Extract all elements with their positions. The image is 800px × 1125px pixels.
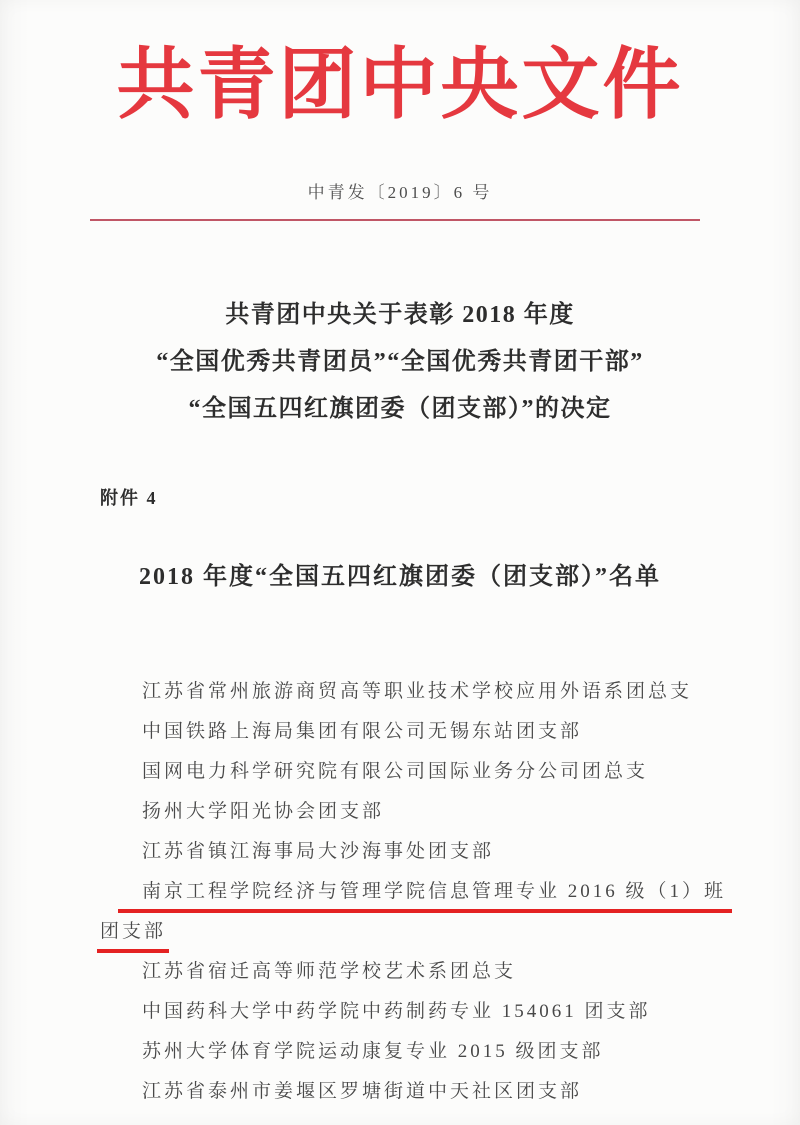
doc-title-line-2: “全国优秀共青团员”“全国优秀共青团干部” xyxy=(0,339,800,386)
list-item: 江苏省泰州市姜堰区罗塘街道中天社区团支部 xyxy=(142,1072,760,1112)
header-divider-rule xyxy=(90,219,700,221)
doc-title-line-1: 共青团中央关于表彰 2018 年度 xyxy=(0,292,800,339)
attachment-label: 附件 4 xyxy=(100,486,158,510)
list-item: 中国铁路上海局集团有限公司无锡东站团支部 xyxy=(142,712,760,752)
list-item: 江苏省镇江海事局大沙海事处团支部 xyxy=(142,832,760,872)
list-item: 苏州大学体育学院运动康复专业 2015 级团支部 xyxy=(142,1032,760,1072)
doc-title-line-3: “全国五四红旗团委（团支部）”的决定 xyxy=(0,386,800,433)
highlighted-entry-text-2: 团支部 xyxy=(97,921,169,953)
list-item: 江苏省常州旅游商贸高等职业技术学校应用外语系团总支 xyxy=(142,672,760,712)
list-item: 江苏省宿迁高等师范学校艺术系团总支 xyxy=(142,952,760,992)
document-page: 共青团中央文件 中青发〔2019〕6 号 共青团中央关于表彰 2018 年度 “… xyxy=(0,0,800,1125)
doc-title: 共青团中央关于表彰 2018 年度 “全国优秀共青团员”“全国优秀共青团干部” … xyxy=(0,292,800,433)
highlighted-entry-text-1: 南京工程学院经济与管理学院信息管理专业 2016 级（1）班 xyxy=(118,881,732,913)
doc-number: 中青发〔2019〕6 号 xyxy=(0,180,800,206)
org-title: 共青团中央文件 xyxy=(0,30,800,140)
list-item-highlighted: 南京工程学院经济与管理学院信息管理专业 2016 级（1）班 团支部 xyxy=(142,872,760,952)
award-list: 江苏省常州旅游商贸高等职业技术学校应用外语系团总支 中国铁路上海局集团有限公司无… xyxy=(142,672,760,1112)
highlighted-entry-line-2: 团支部 xyxy=(97,912,760,952)
section-title: 2018 年度“全国五四红旗团委（团支部）”名单 xyxy=(0,560,800,594)
list-item: 扬州大学阳光协会团支部 xyxy=(142,792,760,832)
list-item: 中国药科大学中药学院中药制药专业 154061 团支部 xyxy=(142,992,760,1032)
list-item: 国网电力科学研究院有限公司国际业务分公司团总支 xyxy=(142,752,760,792)
highlighted-entry-line-1: 南京工程学院经济与管理学院信息管理专业 2016 级（1）班 xyxy=(142,872,760,912)
